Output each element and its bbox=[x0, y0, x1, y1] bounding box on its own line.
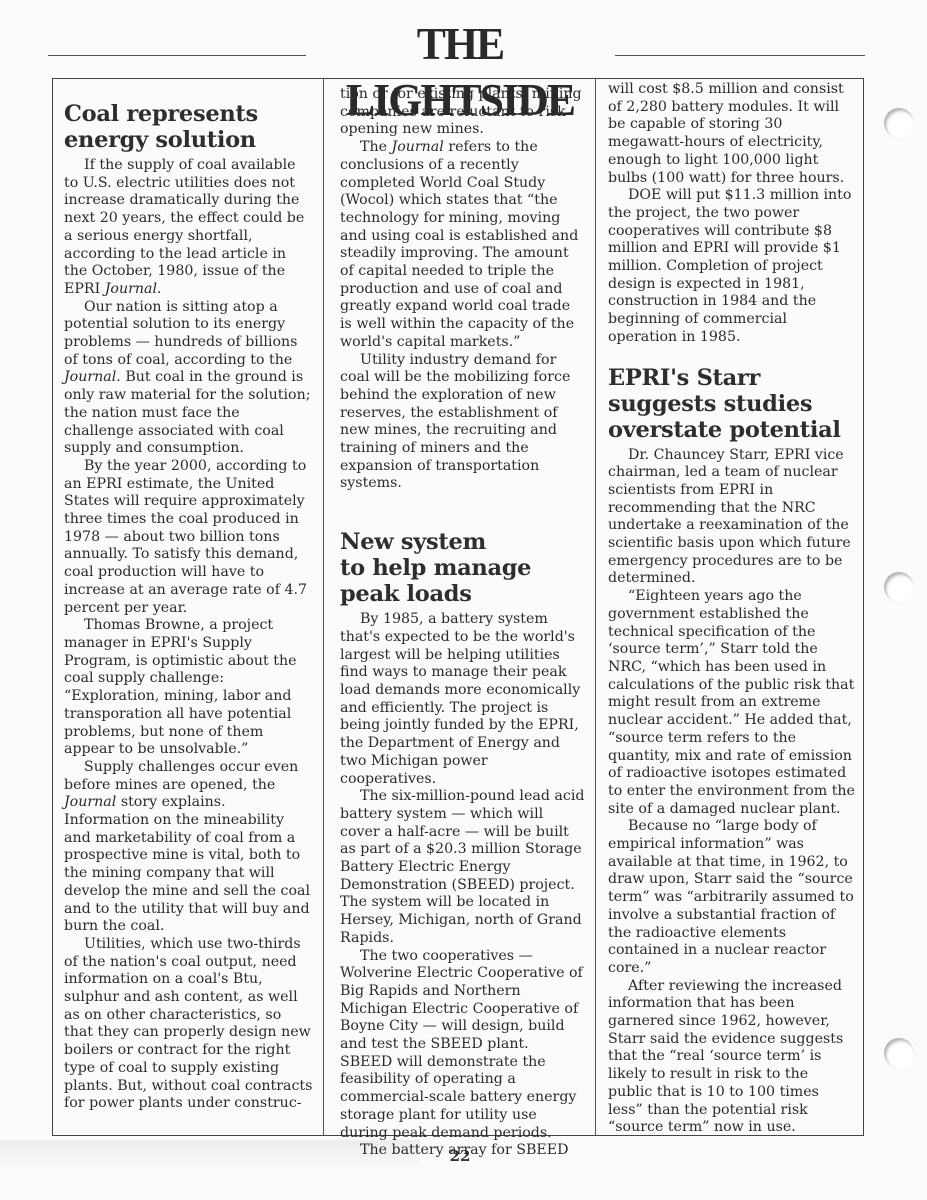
text: Our nation is sitting atop a potential s… bbox=[64, 299, 297, 368]
headline-line: energy solution bbox=[64, 127, 256, 153]
italic-publication-name: Journal bbox=[392, 139, 444, 155]
text: The bbox=[360, 139, 387, 155]
paragraph: The two cooperatives — Wolverine Electri… bbox=[340, 948, 585, 1143]
text: If the supply of coal available to U.S. … bbox=[64, 157, 304, 297]
paragraph-continued: will cost $8.5 million and consist of 2,… bbox=[608, 81, 856, 187]
paragraph: Supply challenges occur even before mine… bbox=[64, 759, 313, 936]
headline-line: suggests studies bbox=[608, 391, 812, 417]
scan-shadow bbox=[0, 1140, 420, 1170]
punch-hole-icon bbox=[884, 1038, 914, 1068]
section-spacer bbox=[608, 347, 856, 365]
headline-line: Coal represents bbox=[64, 101, 258, 127]
paragraph: After reviewing the increased informatio… bbox=[608, 978, 856, 1137]
page-number: 22 bbox=[440, 1147, 480, 1165]
paragraph: “Eighteen years ago the government estab… bbox=[608, 588, 856, 818]
paragraph: The six-million-pound lead acid battery … bbox=[340, 788, 585, 947]
paragraph: Our nation is sitting atop a potential s… bbox=[64, 299, 313, 458]
paragraph: By 1985, a battery system that's expecte… bbox=[340, 611, 585, 788]
text: Supply challenges occur even before mine… bbox=[64, 759, 298, 793]
column-1: Coal represents energy solution If the s… bbox=[53, 79, 324, 1135]
masthead: THE LIGHTSIDE bbox=[0, 12, 927, 72]
masthead-rule-left bbox=[48, 55, 306, 56]
paragraph: The Journal refers to the conclusions of… bbox=[340, 139, 585, 351]
italic-publication-name: Journal bbox=[105, 281, 157, 297]
headline-starr: EPRI's Starr suggests studies overstate … bbox=[608, 365, 856, 443]
headline-line: New system bbox=[340, 529, 486, 555]
headline-line: peak loads bbox=[340, 581, 472, 607]
section-spacer bbox=[340, 493, 585, 529]
headline-coal: Coal represents energy solution bbox=[64, 101, 313, 153]
headline-line: overstate potential bbox=[608, 417, 841, 443]
paragraph: By the year 2000, according to an EPRI e… bbox=[64, 458, 313, 617]
article-frame: Coal represents energy solution If the s… bbox=[52, 78, 864, 1136]
paragraph: Utilities, which use two-thirds of the n… bbox=[64, 936, 313, 1113]
paragraph: Utility industry demand for coal will be… bbox=[340, 352, 585, 494]
headline-peak-loads: New system to help manage peak loads bbox=[340, 529, 585, 607]
column-2: tion or for existing plants, mining comp… bbox=[324, 79, 596, 1135]
paragraph: Thomas Browne, a project manager in EPRI… bbox=[64, 617, 313, 759]
masthead-rule-right bbox=[615, 55, 865, 56]
column-3: will cost $8.5 million and consist of 2,… bbox=[596, 79, 864, 1135]
italic-publication-name: Journal bbox=[64, 794, 116, 810]
paragraph: DOE will put $11.3 million into the proj… bbox=[608, 187, 856, 346]
paragraph: Dr. Chauncey Starr, EPRI vice chairman, … bbox=[608, 447, 856, 589]
headline-line: EPRI's Starr bbox=[608, 365, 760, 391]
paragraph: If the supply of coal available to U.S. … bbox=[64, 157, 313, 299]
text: story explains. Information on the minea… bbox=[64, 794, 310, 934]
punch-hole-icon bbox=[884, 108, 914, 138]
headline-line: to help manage bbox=[340, 555, 531, 581]
text: . bbox=[157, 281, 162, 297]
text: refers to the conclusions of a recently … bbox=[340, 139, 578, 350]
italic-publication-name: Journal bbox=[64, 369, 116, 385]
paragraph: Because no “large body of empirical info… bbox=[608, 818, 856, 977]
punch-hole-icon bbox=[884, 572, 914, 602]
paragraph-continued: tion or for existing plants, mining comp… bbox=[340, 86, 585, 139]
